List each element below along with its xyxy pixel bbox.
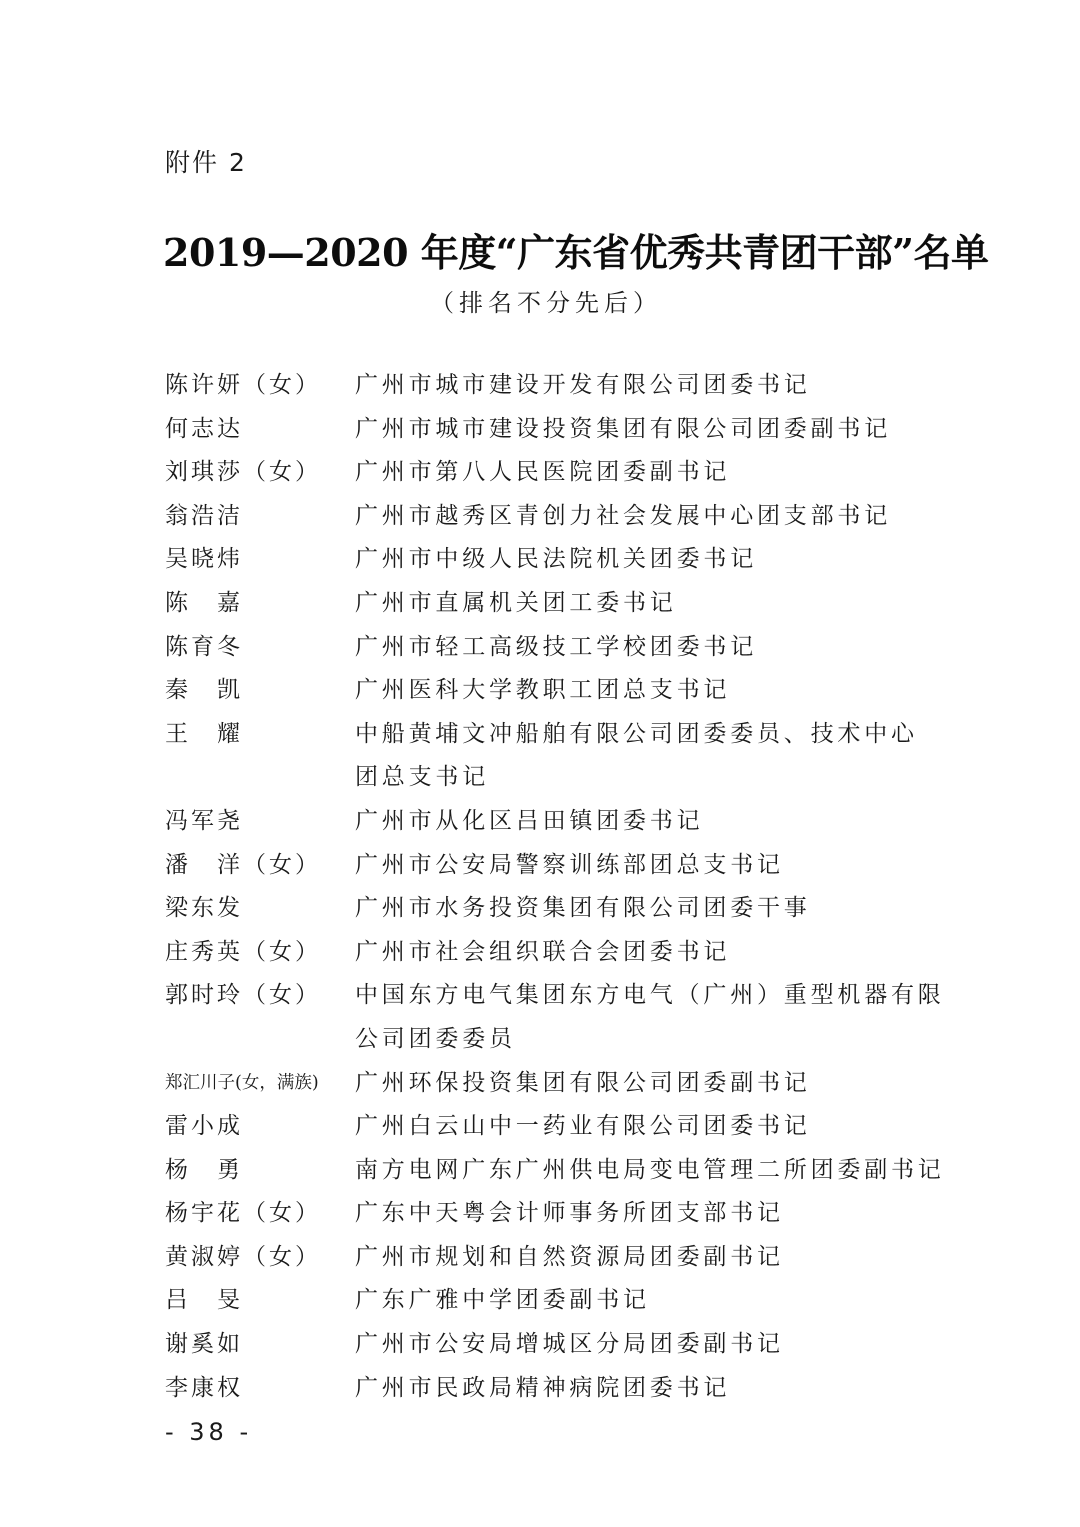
list-item: 谢奚如广州市公安局增城区分局团委副书记 (165, 1323, 945, 1367)
honoree-position: 广州市公安局警察训练部团总支书记 (355, 844, 945, 888)
list-item: 陈育冬广州市轻工高级技工学校团委书记 (165, 626, 945, 670)
honoree-position: 广州市城市建设投资集团有限公司团委副书记 (355, 408, 945, 452)
honoree-position: 广州市从化区吕田镇团委书记 (355, 800, 945, 844)
honoree-position: 广州医科大学教职工团总支书记 (355, 669, 945, 713)
document-subtitle: （排名不分先后） (430, 283, 662, 318)
honoree-name: 陈许妍（女） (165, 364, 355, 408)
list-item: 杨宇花（女）广东中天粤会计师事务所团支部书记 (165, 1192, 945, 1236)
list-item: 吴晓炜广州市中级人民法院机关团委书记 (165, 538, 945, 582)
honoree-name: 翁浩洁 (165, 495, 355, 539)
honoree-position: 广州市第八人民医院团委副书记 (355, 451, 945, 495)
honoree-position: 广州市民政局精神病院团委书记 (355, 1367, 945, 1411)
honoree-name: 杨宇花（女） (165, 1192, 355, 1236)
list-item: 杨 勇南方电网广东广州供电局变电管理二所团委副书记 (165, 1149, 945, 1193)
honoree-name: 秦 凯 (165, 669, 355, 713)
list-item: 雷小成广州白云山中一药业有限公司团委书记 (165, 1105, 945, 1149)
honoree-name: 王 耀 (165, 713, 355, 757)
list-item: 翁浩洁广州市越秀区青创力社会发展中心团支部书记 (165, 495, 945, 539)
list-item: 吕 旻广东广雅中学团委副书记 (165, 1279, 945, 1323)
list-item: 黄淑婷（女）广州市规划和自然资源局团委副书记 (165, 1236, 945, 1280)
honoree-position: 广州市轻工高级技工学校团委书记 (355, 626, 945, 670)
honoree-name: 吴晓炜 (165, 538, 355, 582)
honoree-position: 广东广雅中学团委副书记 (355, 1279, 945, 1323)
honoree-position: 中国东方电气集团东方电气（广州）重型机器有限 公司团委委员 (355, 974, 945, 1061)
honoree-name: 吕 旻 (165, 1279, 355, 1323)
attachment-label: 附件 2 (165, 143, 247, 179)
list-item: 梁东发广州市水务投资集团有限公司团委干事 (165, 887, 945, 931)
honoree-position: 广州市越秀区青创力社会发展中心团支部书记 (355, 495, 945, 539)
page-number: - 38 - (165, 1418, 252, 1446)
honoree-position: 广东中天粤会计师事务所团支部书记 (355, 1192, 945, 1236)
honoree-position: 广州市规划和自然资源局团委副书记 (355, 1236, 945, 1280)
honoree-position: 广州白云山中一药业有限公司团委书记 (355, 1105, 945, 1149)
honoree-position: 广州市城市建设开发有限公司团委书记 (355, 364, 945, 408)
list-item: 潘 洋（女）广州市公安局警察训练部团总支书记 (165, 844, 945, 888)
list-item: 郑汇川子(女，满族)广州环保投资集团有限公司团委副书记 (165, 1062, 945, 1106)
list-item: 李康权广州市民政局精神病院团委书记 (165, 1367, 945, 1411)
list-item: 冯军尧广州市从化区吕田镇团委书记 (165, 800, 945, 844)
honoree-name: 雷小成 (165, 1105, 355, 1149)
list-item: 陈 嘉广州市直属机关团工委书记 (165, 582, 945, 626)
honoree-name: 陈育冬 (165, 626, 355, 670)
honoree-name: 梁东发 (165, 887, 355, 931)
honoree-name: 杨 勇 (165, 1149, 355, 1193)
list-item: 刘琪莎（女）广州市第八人民医院团委副书记 (165, 451, 945, 495)
honoree-name: 潘 洋（女） (165, 844, 355, 888)
list-item: 秦 凯广州医科大学教职工团总支书记 (165, 669, 945, 713)
honoree-name: 谢奚如 (165, 1323, 355, 1367)
honoree-name: 黄淑婷（女） (165, 1236, 355, 1280)
list-item: 王 耀中船黄埔文冲船舶有限公司团委委员、技术中心 团总支书记 (165, 713, 945, 800)
list-item: 何志达广州市城市建设投资集团有限公司团委副书记 (165, 408, 945, 452)
honoree-name: 郑汇川子(女，满族) (165, 1062, 355, 1106)
list-item: 郭时玲（女）中国东方电气集团东方电气（广州）重型机器有限 公司团委委员 (165, 974, 945, 1061)
honoree-position: 广州市公安局增城区分局团委副书记 (355, 1323, 945, 1367)
list-item: 庄秀英（女）广州市社会组织联合会团委书记 (165, 931, 945, 975)
honoree-name: 冯军尧 (165, 800, 355, 844)
honoree-name: 李康权 (165, 1367, 355, 1411)
honoree-position: 广州环保投资集团有限公司团委副书记 (355, 1062, 945, 1106)
honoree-position: 广州市水务投资集团有限公司团委干事 (355, 887, 945, 931)
honoree-name: 郭时玲（女） (165, 974, 355, 1018)
honoree-position: 广州市直属机关团工委书记 (355, 582, 945, 626)
honoree-name: 庄秀英（女） (165, 931, 355, 975)
list-item: 陈许妍（女）广州市城市建设开发有限公司团委书记 (165, 364, 945, 408)
honoree-position: 中船黄埔文冲船舶有限公司团委委员、技术中心 团总支书记 (355, 713, 945, 800)
honoree-position: 广州市社会组织联合会团委书记 (355, 931, 945, 975)
honoree-name: 陈 嘉 (165, 582, 355, 626)
honoree-name: 刘琪莎（女） (165, 451, 355, 495)
honoree-list: 陈许妍（女）广州市城市建设开发有限公司团委书记 何志达广州市城市建设投资集团有限… (165, 364, 945, 1410)
honoree-position: 广州市中级人民法院机关团委书记 (355, 538, 945, 582)
honoree-position: 南方电网广东广州供电局变电管理二所团委副书记 (355, 1149, 945, 1193)
document-title: 2019—2020 年度“广东省优秀共青团干部”名单 (163, 222, 983, 277)
honoree-name: 何志达 (165, 408, 355, 452)
